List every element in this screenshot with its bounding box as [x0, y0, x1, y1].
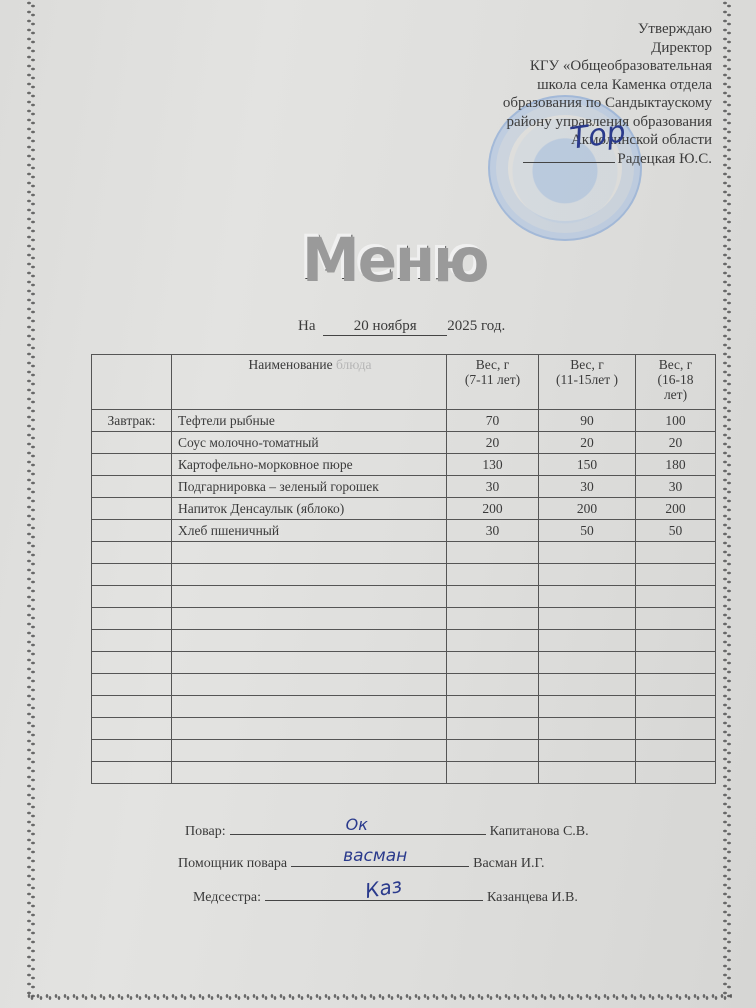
helper-name: Васман И.Г.	[473, 856, 544, 871]
header-text: Вес, г	[476, 357, 510, 372]
empty-table-row	[92, 630, 716, 652]
empty-cell	[636, 608, 716, 630]
empty-cell	[92, 740, 172, 762]
weight-7-11-cell: 20	[447, 432, 539, 454]
header-weight-7-11: Вес, г(7-11 лет)	[447, 355, 539, 410]
table-row: Завтрак:Тефтели рыбные7090100	[92, 410, 716, 432]
dish-cell: Соус молочно-томатный	[172, 432, 447, 454]
empty-cell	[447, 608, 539, 630]
table-row: Напиток Денсаулык (яблоко)200200200	[92, 498, 716, 520]
empty-cell	[92, 652, 172, 674]
dish-cell: Подгарнировка – зеленый горошек	[172, 476, 447, 498]
cook-signature-line: Ок	[230, 820, 486, 835]
menu-document: Утверждаю Директор КГУ «Общеобразователь…	[0, 0, 756, 1008]
empty-cell	[636, 652, 716, 674]
dish-cell: Тефтели рыбные	[172, 410, 447, 432]
empty-cell	[539, 718, 636, 740]
empty-cell	[636, 740, 716, 762]
empty-cell	[447, 718, 539, 740]
empty-cell	[539, 586, 636, 608]
empty-cell	[539, 564, 636, 586]
empty-cell	[539, 608, 636, 630]
header-meal	[92, 355, 172, 410]
empty-table-row	[92, 740, 716, 762]
header-text: лет)	[664, 387, 687, 402]
date-value: 20 ноября	[323, 318, 447, 336]
dish-cell: Напиток Денсаулык (яблоко)	[172, 498, 447, 520]
empty-cell	[447, 674, 539, 696]
empty-cell	[92, 608, 172, 630]
approval-line: образования по Сандыктаускому	[503, 94, 712, 113]
dish-cell: Картофельно-морковное пюре	[172, 454, 447, 476]
cook-name: Капитанова С.В.	[490, 824, 589, 839]
table-row: Картофельно-морковное пюре130150180	[92, 454, 716, 476]
weight-16-18-cell: 20	[636, 432, 716, 454]
empty-cell	[172, 762, 447, 784]
empty-cell	[636, 630, 716, 652]
empty-cell	[172, 740, 447, 762]
empty-cell	[539, 630, 636, 652]
weight-7-11-cell: 70	[447, 410, 539, 432]
empty-table-row	[92, 718, 716, 740]
empty-cell	[447, 630, 539, 652]
approval-line: школа села Каменка отдела	[503, 76, 712, 95]
weight-11-15-cell: 20	[539, 432, 636, 454]
empty-cell	[172, 674, 447, 696]
empty-cell	[92, 564, 172, 586]
weight-7-11-cell: 30	[447, 520, 539, 542]
header-text: (7-11 лет)	[465, 372, 520, 387]
dish-cell: Хлеб пшеничный	[172, 520, 447, 542]
helper-signature-line: васман	[291, 852, 469, 867]
nurse-signature-row: Медсестра:КазКазанцева И.В.	[193, 886, 578, 906]
meal-cell	[92, 454, 172, 476]
nurse-name: Казанцева И.В.	[487, 890, 578, 905]
nurse-signature: Каз	[363, 873, 404, 903]
empty-table-row	[92, 542, 716, 564]
empty-cell	[447, 652, 539, 674]
table-row: Соус молочно-томатный202020	[92, 432, 716, 454]
empty-cell	[172, 696, 447, 718]
empty-table-row	[92, 674, 716, 696]
date-line: На 20 ноября2025 год.	[298, 318, 505, 336]
empty-table-row	[92, 564, 716, 586]
empty-cell	[539, 740, 636, 762]
weight-7-11-cell: 130	[447, 454, 539, 476]
empty-cell	[172, 608, 447, 630]
header-text: (11-15лет )	[556, 372, 618, 387]
empty-cell	[636, 696, 716, 718]
weight-11-15-cell: 50	[539, 520, 636, 542]
weight-16-18-cell: 30	[636, 476, 716, 498]
empty-cell	[92, 762, 172, 784]
helper-signature: васман	[343, 846, 407, 866]
approval-line: Утверждаю	[503, 20, 712, 39]
meal-cell	[92, 498, 172, 520]
empty-cell	[447, 564, 539, 586]
header-weight-11-15: Вес, г(11-15лет )	[539, 355, 636, 410]
empty-cell	[539, 696, 636, 718]
weight-7-11-cell: 200	[447, 498, 539, 520]
header-text: Вес, г	[570, 357, 604, 372]
nurse-role: Медсестра:	[193, 890, 261, 905]
weight-7-11-cell: 30	[447, 476, 539, 498]
empty-table-row	[92, 762, 716, 784]
header-weight-16-18: Вес, г(16-18лет)	[636, 355, 716, 410]
menu-table: Наименование блюда Вес, г(7-11 лет) Вес,…	[91, 354, 716, 784]
approval-line: Директор	[503, 39, 712, 58]
empty-table-row	[92, 586, 716, 608]
header-dish-text: Наименование	[248, 357, 335, 372]
decorative-border-right	[722, 0, 732, 998]
empty-cell	[539, 674, 636, 696]
empty-cell	[636, 762, 716, 784]
director-name: Радецкая Ю.С.	[617, 151, 712, 167]
approval-line: КГУ «Общеобразовательная	[503, 57, 712, 76]
cook-signature: Ок	[346, 815, 368, 834]
helper-role: Помощник повара	[178, 856, 287, 871]
table-row: Подгарнировка – зеленый горошек303030	[92, 476, 716, 498]
empty-cell	[92, 630, 172, 652]
empty-cell	[92, 674, 172, 696]
empty-cell	[636, 542, 716, 564]
decorative-border-bottom	[26, 992, 732, 1002]
empty-cell	[636, 564, 716, 586]
cook-role: Повар:	[185, 824, 226, 839]
empty-cell	[172, 652, 447, 674]
empty-table-row	[92, 608, 716, 630]
empty-cell	[539, 652, 636, 674]
empty-cell	[447, 586, 539, 608]
helper-signature-row: Помощник поваравасманВасман И.Г.	[178, 852, 545, 872]
empty-cell	[447, 740, 539, 762]
empty-cell	[447, 762, 539, 784]
weight-16-18-cell: 50	[636, 520, 716, 542]
empty-cell	[636, 718, 716, 740]
decorative-border-left	[26, 0, 36, 998]
empty-cell	[636, 674, 716, 696]
director-signature-line: Радецкая Ю.С.	[503, 150, 712, 169]
cook-signature-row: Повар:ОкКапитанова С.В.	[185, 820, 589, 840]
table-header-row: Наименование блюда Вес, г(7-11 лет) Вес,…	[92, 355, 716, 410]
empty-cell	[92, 542, 172, 564]
empty-cell	[172, 542, 447, 564]
weight-11-15-cell: 150	[539, 454, 636, 476]
date-prefix: На	[298, 318, 316, 334]
meal-cell	[92, 476, 172, 498]
header-text: (16-18	[658, 372, 694, 387]
empty-cell	[539, 542, 636, 564]
empty-cell	[172, 630, 447, 652]
meal-cell	[92, 520, 172, 542]
date-suffix: 2025 год.	[447, 318, 505, 334]
weight-11-15-cell: 90	[539, 410, 636, 432]
table-row: Хлеб пшеничный305050	[92, 520, 716, 542]
empty-table-row	[92, 696, 716, 718]
weight-11-15-cell: 200	[539, 498, 636, 520]
header-text: Вес, г	[659, 357, 693, 372]
nurse-signature-line: Каз	[265, 886, 483, 901]
header-dish: Наименование блюда	[172, 355, 447, 410]
empty-cell	[172, 718, 447, 740]
empty-cell	[447, 696, 539, 718]
page-title: Меню	[300, 222, 480, 293]
meal-cell	[92, 432, 172, 454]
empty-cell	[172, 564, 447, 586]
empty-cell	[92, 696, 172, 718]
empty-cell	[539, 762, 636, 784]
empty-cell	[92, 718, 172, 740]
weight-16-18-cell: 180	[636, 454, 716, 476]
weight-11-15-cell: 30	[539, 476, 636, 498]
weight-16-18-cell: 200	[636, 498, 716, 520]
empty-cell	[447, 542, 539, 564]
header-dish-text-faded: блюда	[336, 357, 372, 372]
weight-16-18-cell: 100	[636, 410, 716, 432]
meal-cell: Завтрак:	[92, 410, 172, 432]
empty-cell	[92, 586, 172, 608]
empty-cell	[636, 586, 716, 608]
empty-cell	[172, 586, 447, 608]
empty-table-row	[92, 652, 716, 674]
